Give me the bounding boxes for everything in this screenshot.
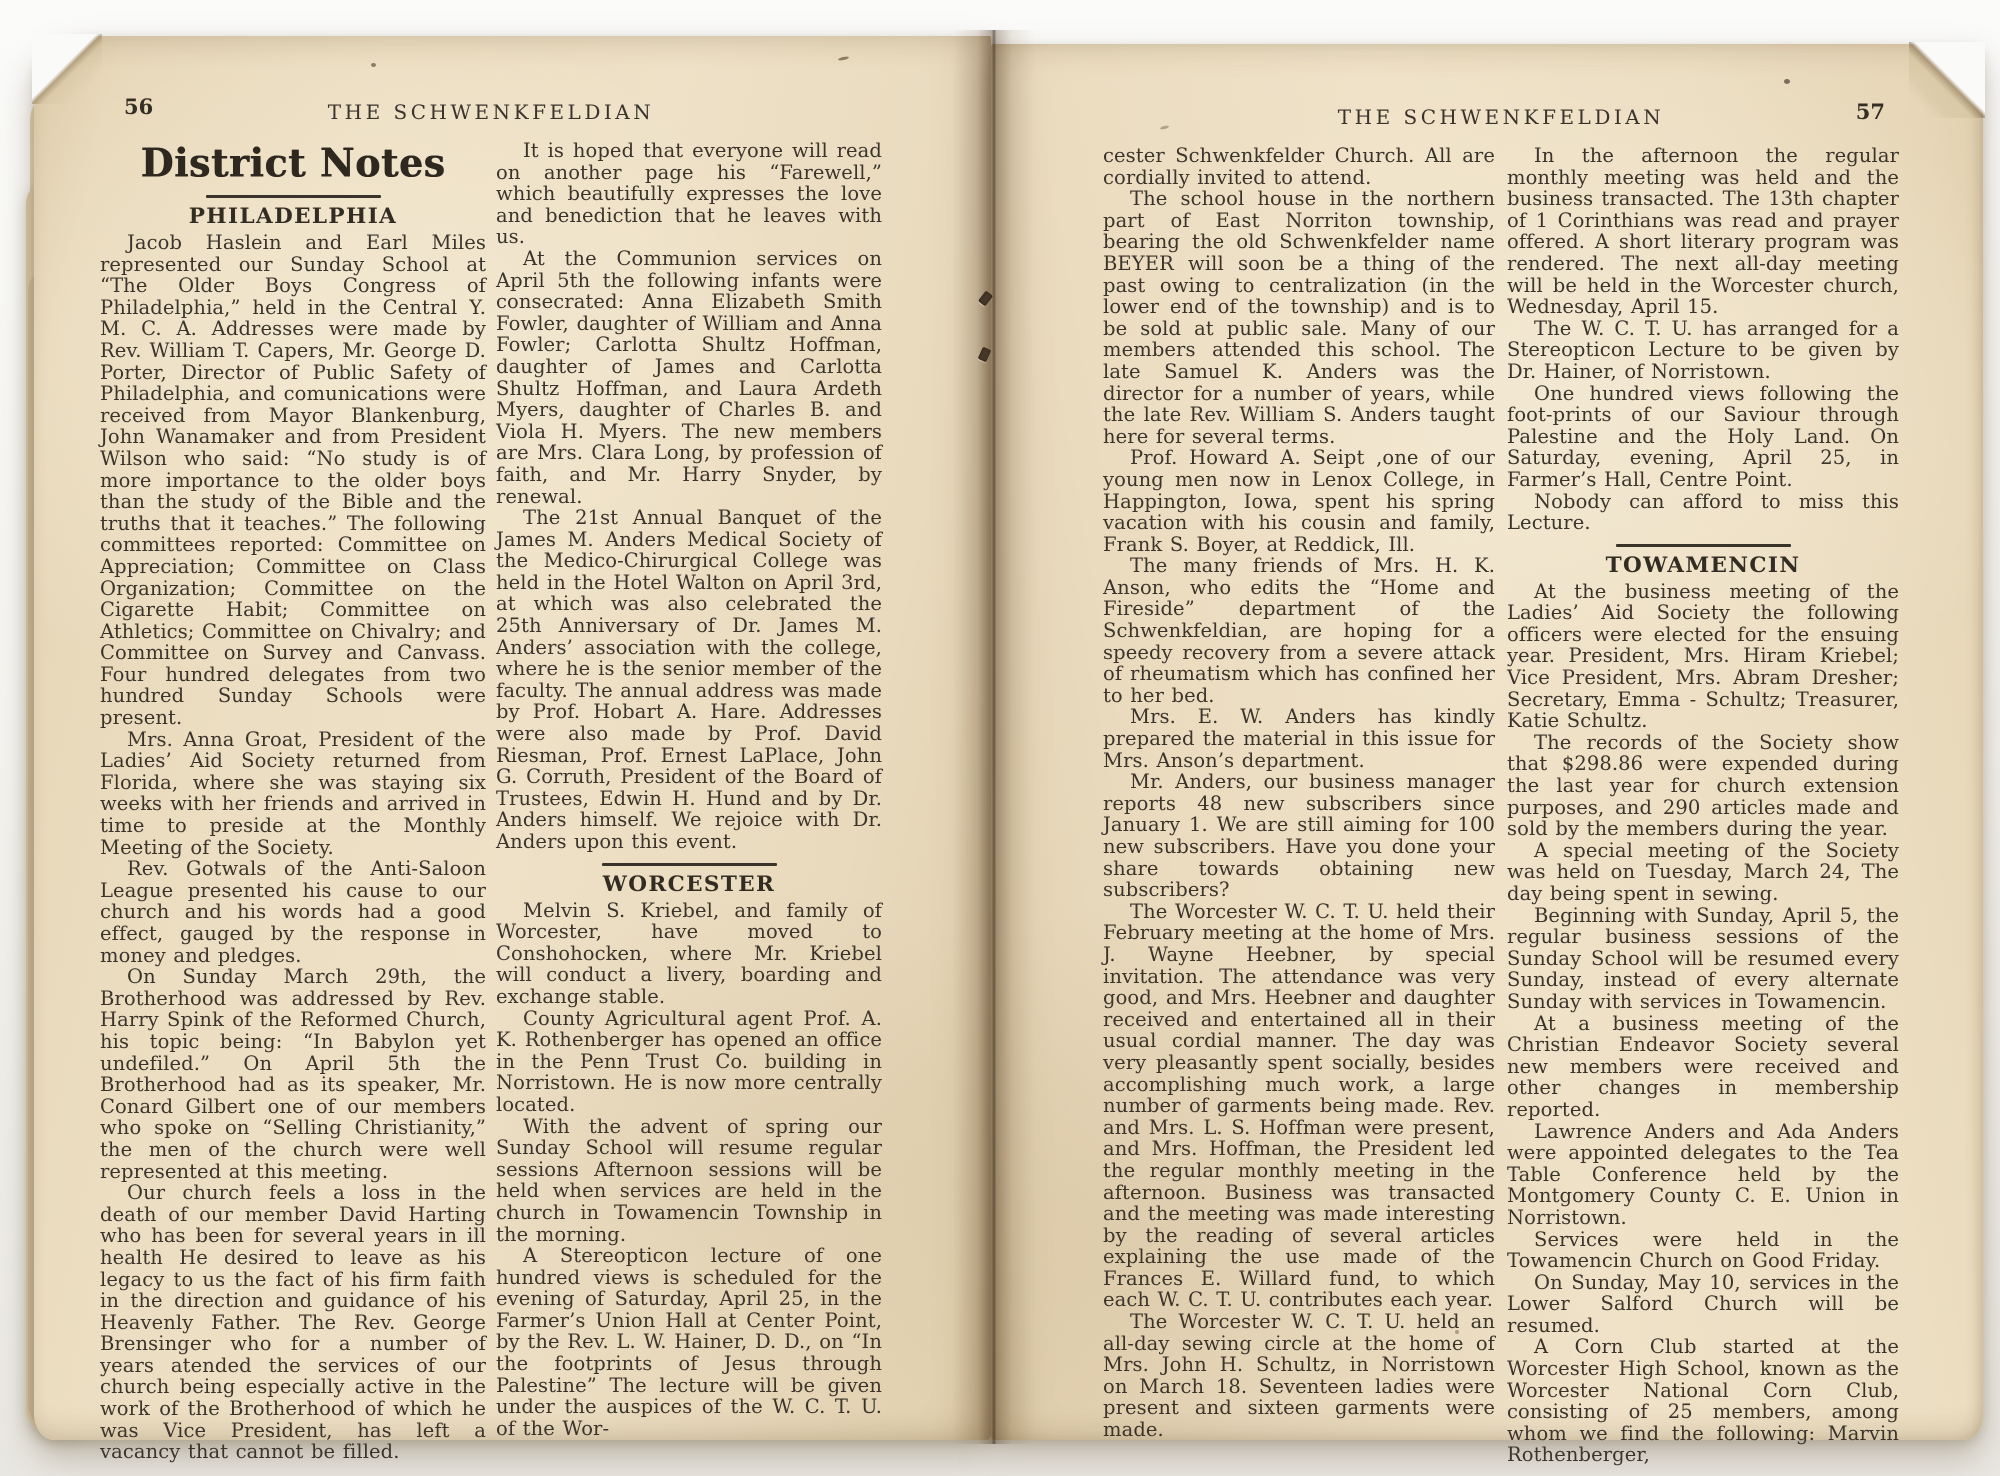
paragraph: Our church feels a loss in the death of … [100, 1182, 486, 1463]
paragraph: At the Communion services on April 5th t… [496, 248, 882, 507]
column-4: In the afternoon the regular monthly mee… [1507, 145, 1899, 1466]
running-head: THE SCHWENKFELDIAN [1103, 105, 1899, 129]
paragraph: The 21st Annual Banquet of the James M. … [496, 507, 882, 853]
paragraph: Mrs. E. W. Anders has kindly prepared th… [1103, 706, 1495, 771]
paragraph: Prof. Howard A. Seipt ,one of our young … [1103, 447, 1495, 555]
paragraph: The Worcester W. C. T. U. held their Feb… [1103, 901, 1495, 1311]
paragraph: One hundred views following the foot-pri… [1507, 383, 1899, 491]
paragraph: Services were held in the Towamencin Chu… [1507, 1229, 1899, 1272]
page-57: THE SCHWENKFELDIAN 57 cester Schwenkfeld… [991, 44, 1983, 1440]
heading-rule [1616, 544, 1791, 547]
page-header: 56 THE SCHWENKFELDIAN [100, 100, 882, 127]
paragraph: The Worcester W. C. T. U. held an all-da… [1103, 1311, 1495, 1441]
column-2: It is hoped that everyone will read on a… [496, 140, 882, 1463]
column-3: cester Schwenkfelder Church. All are cor… [1103, 145, 1495, 1466]
paragraph: Jacob Haslein and Earl Miles represented… [100, 232, 486, 729]
heading-rule [206, 195, 381, 198]
paragraph: The many friends of Mrs. H. K. Anson, wh… [1103, 555, 1495, 706]
paragraph: A special meeting of the Society was hel… [1507, 840, 1899, 905]
heading-rule [602, 863, 777, 866]
page-56: 56 THE SCHWENKFELDIAN District NotesPHIL… [34, 36, 991, 1440]
paragraph: It is hoped that everyone will read on a… [496, 140, 882, 248]
paragraph: On Sunday, May 10, services in the Lower… [1507, 1272, 1899, 1337]
paragraph: Mrs. Anna Groat, President of the Ladies… [100, 729, 486, 859]
paragraph: The records of the Society show that $29… [1507, 732, 1899, 840]
paragraph: Mr. Anders, our business manager reports… [1103, 771, 1495, 901]
paragraph: At the business meeting of the Ladies’ A… [1507, 581, 1899, 732]
paragraph: With the advent of spring our Sunday Sch… [496, 1116, 882, 1246]
section-heading-philadelphia: PHILADELPHIA [100, 204, 486, 229]
paragraph: Beginning with Sunday, April 5, the regu… [1507, 905, 1899, 1013]
district-notes-masthead: District Notes [100, 139, 486, 186]
paragraph: The school house in the northern part of… [1103, 188, 1495, 447]
page-number: 56 [124, 94, 153, 119]
paragraph: Lawrence Anders and Ada Anders were appo… [1507, 1121, 1899, 1229]
section-heading-worcester: WORCESTER [496, 872, 882, 897]
paragraph: The W. C. T. U. has arranged for a Stere… [1507, 318, 1899, 383]
column-1: District NotesPHILADELPHIAJacob Haslein … [100, 140, 486, 1463]
paragraph: On Sunday March 29th, the Brotherhood wa… [100, 966, 486, 1182]
paragraph: Rev. Gotwals of the Anti-Saloon League p… [100, 858, 486, 966]
paragraph: Nobody can afford to miss this Lecture. [1507, 491, 1899, 534]
paragraph: cester Schwenkfelder Church. All are cor… [1103, 145, 1495, 188]
paragraph: In the afternoon the regular monthly mee… [1507, 145, 1899, 318]
running-head: THE SCHWENKFELDIAN [100, 100, 882, 124]
magazine-spread: 56 THE SCHWENKFELDIAN District NotesPHIL… [28, 30, 1986, 1444]
section-heading-towamencin: TOWAMENCIN [1507, 553, 1899, 578]
page-number: 57 [1856, 99, 1885, 124]
page-header: THE SCHWENKFELDIAN 57 [1103, 105, 1899, 132]
paragraph: A Corn Club started at the Worcester Hig… [1507, 1336, 1899, 1466]
photo-of-open-magazine: { "publication": "THE SCHWENKFELDIAN", "… [0, 0, 2000, 1476]
paragraph: At a business meeting of the Christian E… [1507, 1013, 1899, 1121]
paragraph: County Agricultural agent Prof. A. K. Ro… [496, 1008, 882, 1116]
paragraph: A Stereopticon lecture of one hundred vi… [496, 1245, 882, 1439]
paragraph: Melvin S. Kriebel, and family of Worcest… [496, 900, 882, 1008]
